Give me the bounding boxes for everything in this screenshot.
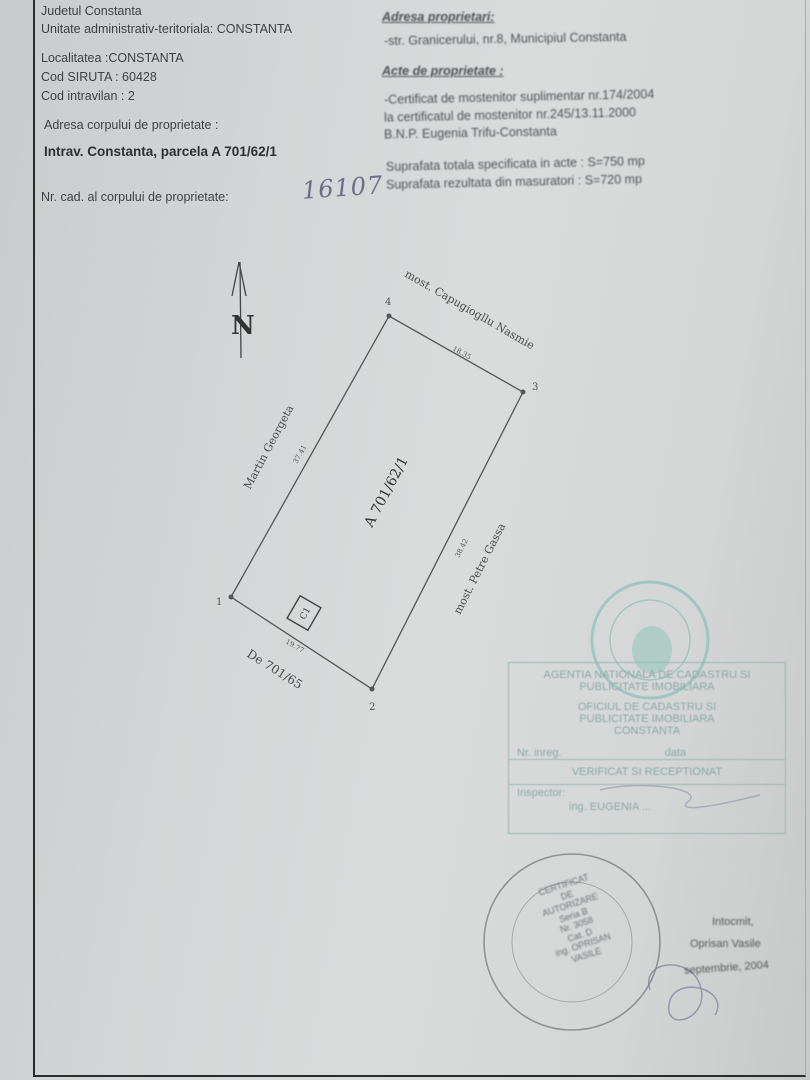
neighbor-top: most. Capugiogllu Nasmie bbox=[403, 267, 537, 352]
building-c1: C1 bbox=[287, 596, 321, 631]
north-label: N bbox=[231, 311, 255, 341]
point-3: 3 bbox=[532, 382, 538, 393]
office-stamp: AGENTIA NATIONALA DE CADASTRU SI PUBLICI… bbox=[508, 662, 786, 834]
edge-length-top: 18.35 bbox=[451, 345, 472, 362]
north-arrow-icon bbox=[232, 262, 246, 358]
neighbor-bottom: De 701/65 bbox=[244, 647, 305, 692]
drafted-name: Oprisan Vasile bbox=[690, 938, 761, 950]
cadastral-plan: N 1 2 3 4 18.35 37.41 38.42 19.77 most. … bbox=[0, 0, 810, 1080]
edge-length-bottom: 19.77 bbox=[284, 638, 305, 655]
edge-length-left: 37.41 bbox=[292, 444, 309, 465]
neighbor-left: Martin Georgeta bbox=[241, 403, 296, 492]
svg-text:C1: C1 bbox=[298, 606, 313, 622]
edge-length-right: 38.42 bbox=[454, 537, 470, 558]
parcel-id: A 701/62/1 bbox=[361, 454, 412, 531]
point-4: 4 bbox=[385, 297, 391, 308]
neighbor-right: most. Petre Gassa bbox=[451, 521, 508, 617]
point-1: 1 bbox=[216, 597, 222, 608]
drafted-label: Intocmit, bbox=[712, 916, 754, 928]
point-2: 2 bbox=[369, 702, 375, 713]
